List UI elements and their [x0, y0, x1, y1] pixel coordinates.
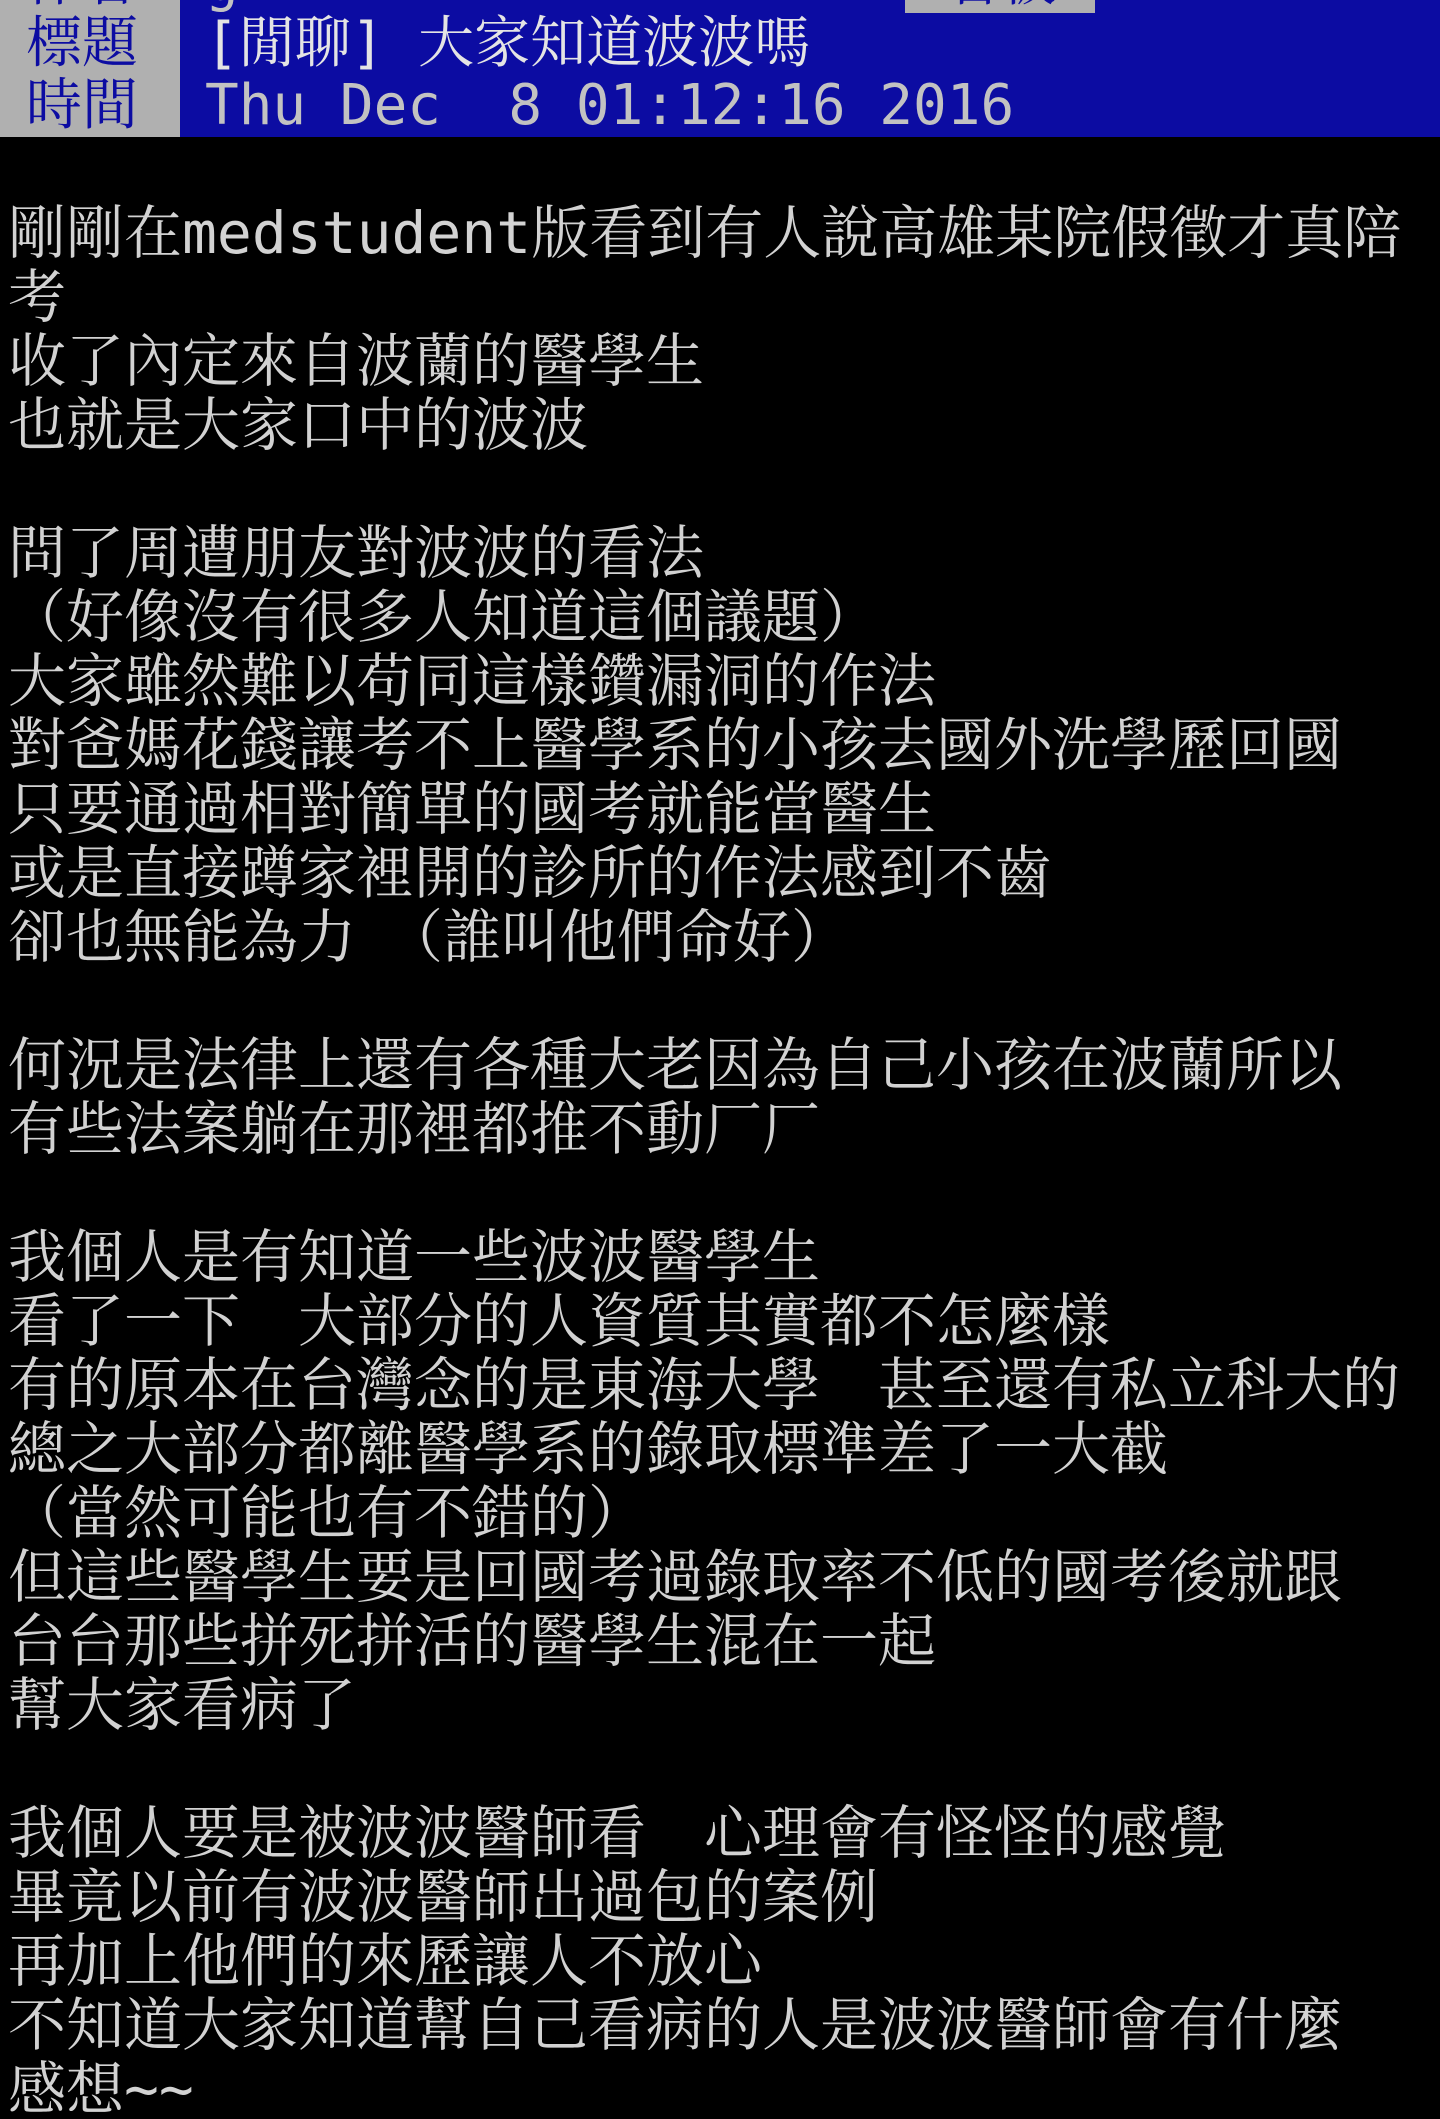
- post-title: [閒聊] 大家知道波波嗎: [180, 13, 1440, 75]
- title-label: 標題: [0, 13, 180, 75]
- header-title-row: 標題 [閒聊] 大家知道波波嗎: [0, 13, 1440, 75]
- time-label: 時間: [0, 75, 180, 137]
- ptt-terminal-screen: 作者 g 看板 標題 [閒聊] 大家知道波波嗎 時間 Thu Dec 8 01:…: [0, 0, 1440, 2119]
- post-body-text: 剛剛在medstudent版看到有人說高雄某院假徵才真陪 考 收了內定來自波蘭的…: [0, 137, 1440, 2119]
- board-label-box: 看板: [905, 0, 1095, 13]
- post-timestamp: Thu Dec 8 01:12:16 2016: [180, 75, 1440, 137]
- header-time-row: 時間 Thu Dec 8 01:12:16 2016: [0, 75, 1440, 137]
